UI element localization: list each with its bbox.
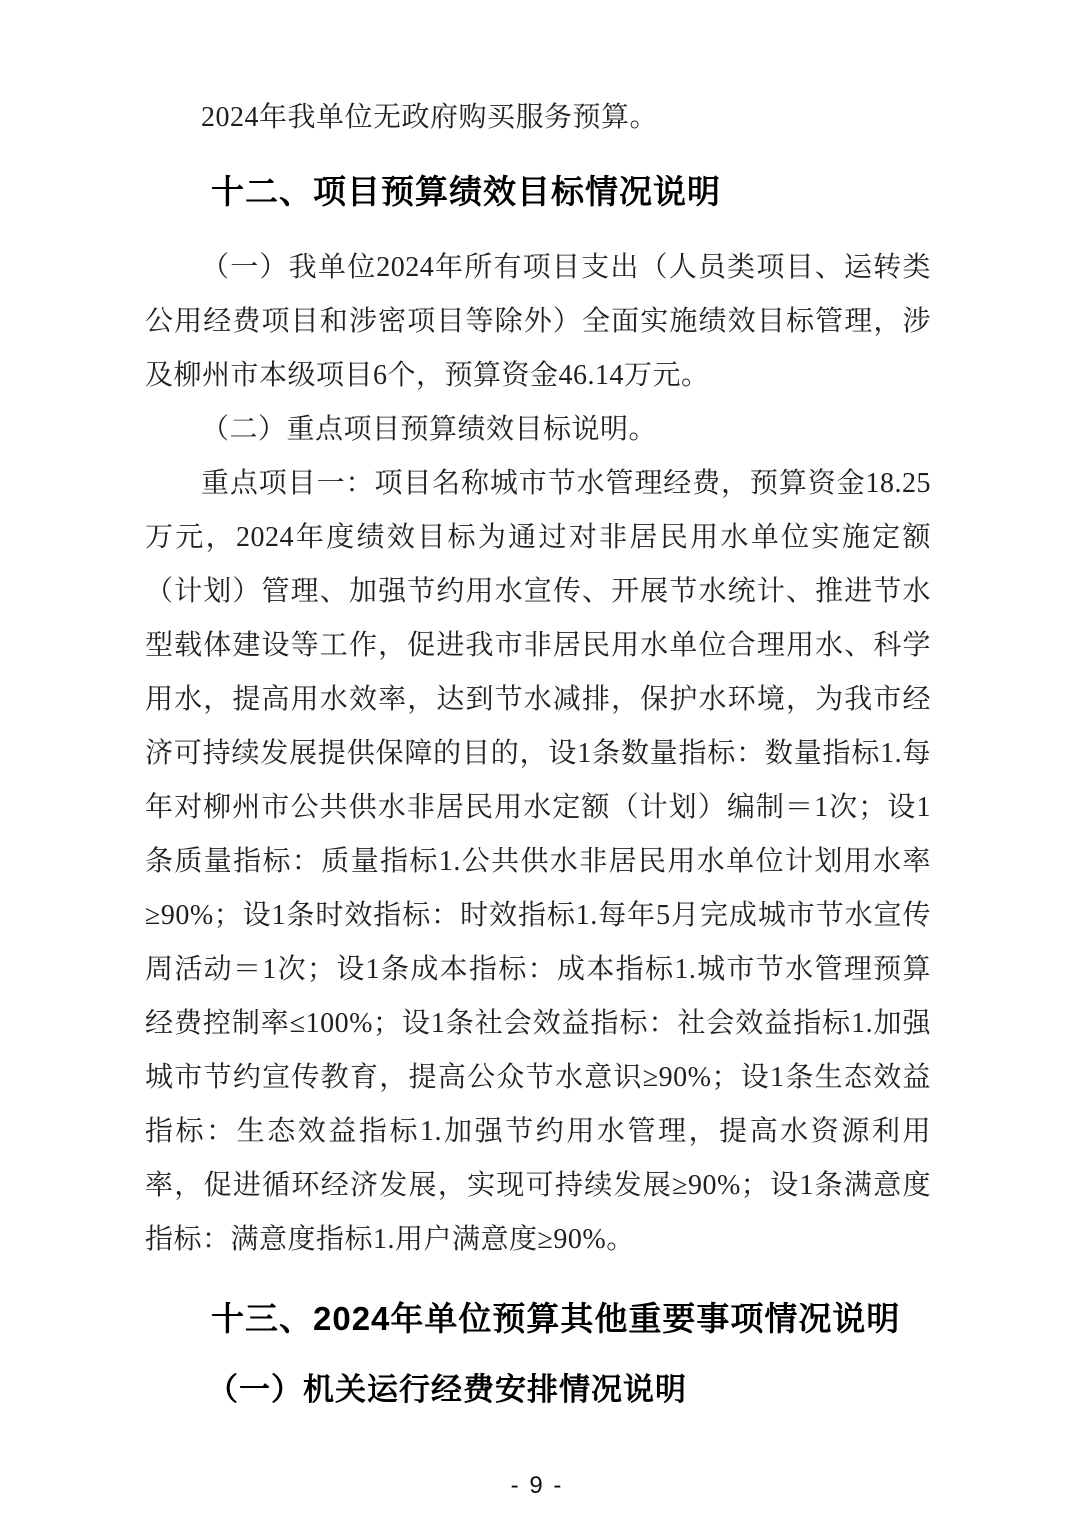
section-heading-12-project-performance-targets: 十二、项目预算绩效目标情况说明 (145, 165, 931, 219)
paragraph-key-project-performance-intro: （二）重点项目预算绩效目标说明。 (145, 403, 931, 457)
page-number: - 9 - (0, 1472, 1074, 1500)
section-heading-13-other-important-matters: 十三、2024年单位预算其他重要事项情况说明 (145, 1292, 931, 1346)
subsection-heading-agency-operating-expenses: （一）机关运行经费安排情况说明 (145, 1363, 931, 1417)
document-content: 2024年我单位无政府购买服务预算。 十二、项目预算绩效目标情况说明 （一）我单… (145, 91, 931, 1417)
paragraph-performance-target-overview: （一）我单位2024年所有项目支出（人员类项目、运转类公用经费项目和涉密项目等除… (145, 241, 931, 403)
paragraph-no-gov-procurement-budget: 2024年我单位无政府购买服务预算。 (145, 91, 931, 145)
paragraph-key-project-one-water-conservation-detail: 重点项目一：项目名称城市节水管理经费，预算资金18.25万元，2024年度绩效目… (145, 457, 931, 1267)
document-page: 2024年我单位无政府购买服务预算。 十二、项目预算绩效目标情况说明 （一）我单… (0, 0, 1074, 1520)
